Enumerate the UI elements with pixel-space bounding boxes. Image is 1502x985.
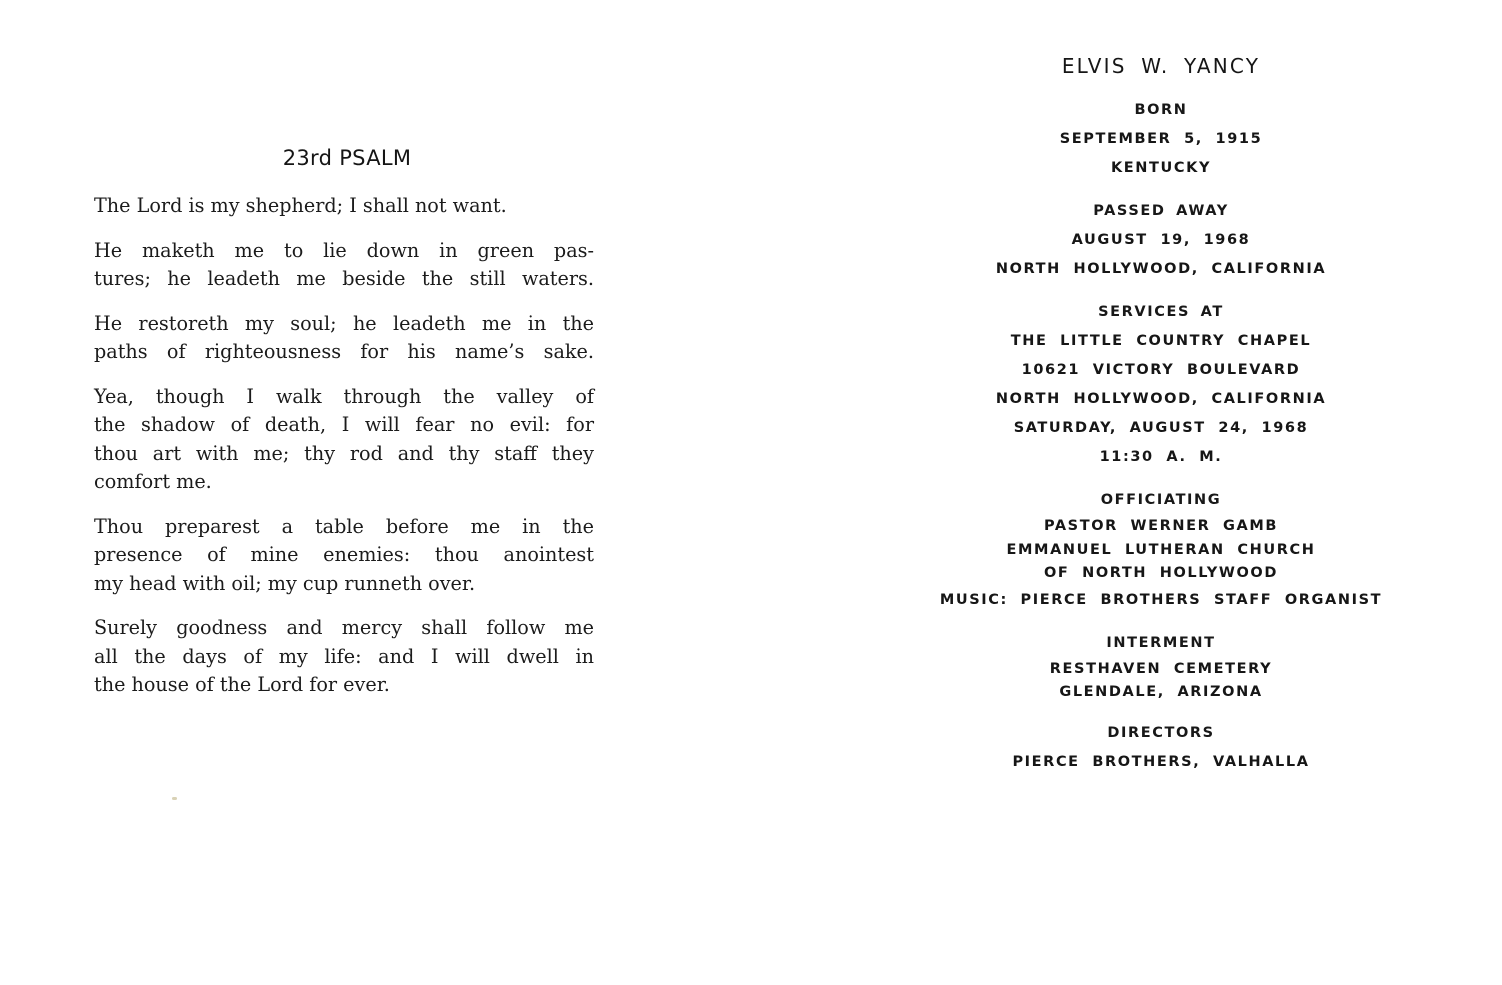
paper-speck [172,797,177,800]
psalm-verse-1: The Lord is my shepherd; I shall not wan… [94,192,594,221]
verse-line: the house of the Lord for ever. [94,671,594,700]
service-address: 10621 VICTORY BOULEVARD [900,356,1422,385]
verse-line: comfort me. [94,468,594,497]
verse-line: Surely goodness and mercy shall follow m… [94,614,594,643]
verse-line: Thou preparest a table before me in the [94,513,594,542]
verse-line: all the days of my life: and I will dwel… [94,643,594,672]
officiant-church: EMMANUEL LUTHERAN CHURCH [900,539,1422,563]
verse-line: tures; he leadeth me beside the still wa… [94,265,594,294]
psalm-page: 23rd PSALM The Lord is my shepherd; I sh… [94,140,594,716]
passed-heading: PASSED AWAY [900,197,1422,226]
service-city: NORTH HOLLYWOOD, CALIFORNIA [900,385,1422,414]
verse-line: The Lord is my shepherd; I shall not wan… [94,192,594,221]
officiating-heading: OFFICIATING [900,486,1422,515]
birth-place: KENTUCKY [900,154,1422,183]
verse-line: my head with oil; my cup runneth over. [94,570,594,599]
verse-line: paths of righteousness for his name’s sa… [94,338,594,367]
verse-line: presence of mine enemies: thou anointest [94,541,594,570]
service-time: 11:30 A. M. [900,443,1422,472]
verse-line: Yea, though I walk through the valley of [94,383,594,412]
services-heading: SERVICES AT [900,298,1422,327]
deceased-name: ELVIS W. YANCY [900,54,1422,78]
cemetery-location: GLENDALE, ARIZONA [900,681,1422,705]
psalm-verse-3: He restoreth my soul; he leadeth me in t… [94,310,594,367]
psalm-verse-2: He maketh me to lie down in green pas- t… [94,237,594,294]
cemetery-name: RESTHAVEN CEMETERY [900,658,1422,682]
service-date: SATURDAY, AUGUST 24, 1968 [900,414,1422,443]
officiant-church-location: OF NORTH HOLLYWOOD [900,562,1422,586]
officiant-name: PASTOR WERNER GAMB [900,515,1422,539]
memorial-page: ELVIS W. YANCY BORN SEPTEMBER 5, 1915 KE… [900,50,1422,791]
officiating-section: OFFICIATING PASTOR WERNER GAMB EMMANUEL … [900,486,1422,615]
born-heading: BORN [900,96,1422,125]
verse-line: the shadow of death, I will fear no evil… [94,411,594,440]
verse-line: He restoreth my soul; he leadeth me in t… [94,310,594,339]
service-location: THE LITTLE COUNTRY CHAPEL [900,327,1422,356]
verse-line: He maketh me to lie down in green pas- [94,237,594,266]
death-place: NORTH HOLLYWOOD, CALIFORNIA [900,255,1422,284]
interment-section: INTERMENT RESTHAVEN CEMETERY GLENDALE, A… [900,629,1422,705]
psalm-verse-5: Thou preparest a table before me in the … [94,513,594,599]
psalm-title: 23rd PSALM [94,146,594,170]
psalm-verse-4: Yea, though I walk through the valley of… [94,383,594,497]
verse-line: thou art with me; thy rod and thy staff … [94,440,594,469]
directors-name: PIERCE BROTHERS, VALHALLA [900,748,1422,777]
born-section: BORN SEPTEMBER 5, 1915 KENTUCKY [900,96,1422,183]
directors-heading: DIRECTORS [900,719,1422,748]
death-date: AUGUST 19, 1968 [900,226,1422,255]
music-credit: MUSIC: PIERCE BROTHERS STAFF ORGANIST [900,586,1422,615]
directors-section: DIRECTORS PIERCE BROTHERS, VALHALLA [900,719,1422,777]
birth-date: SEPTEMBER 5, 1915 [900,125,1422,154]
passed-section: PASSED AWAY AUGUST 19, 1968 NORTH HOLLYW… [900,197,1422,284]
services-section: SERVICES AT THE LITTLE COUNTRY CHAPEL 10… [900,298,1422,472]
psalm-verse-6: Surely goodness and mercy shall follow m… [94,614,594,700]
interment-heading: INTERMENT [900,629,1422,658]
